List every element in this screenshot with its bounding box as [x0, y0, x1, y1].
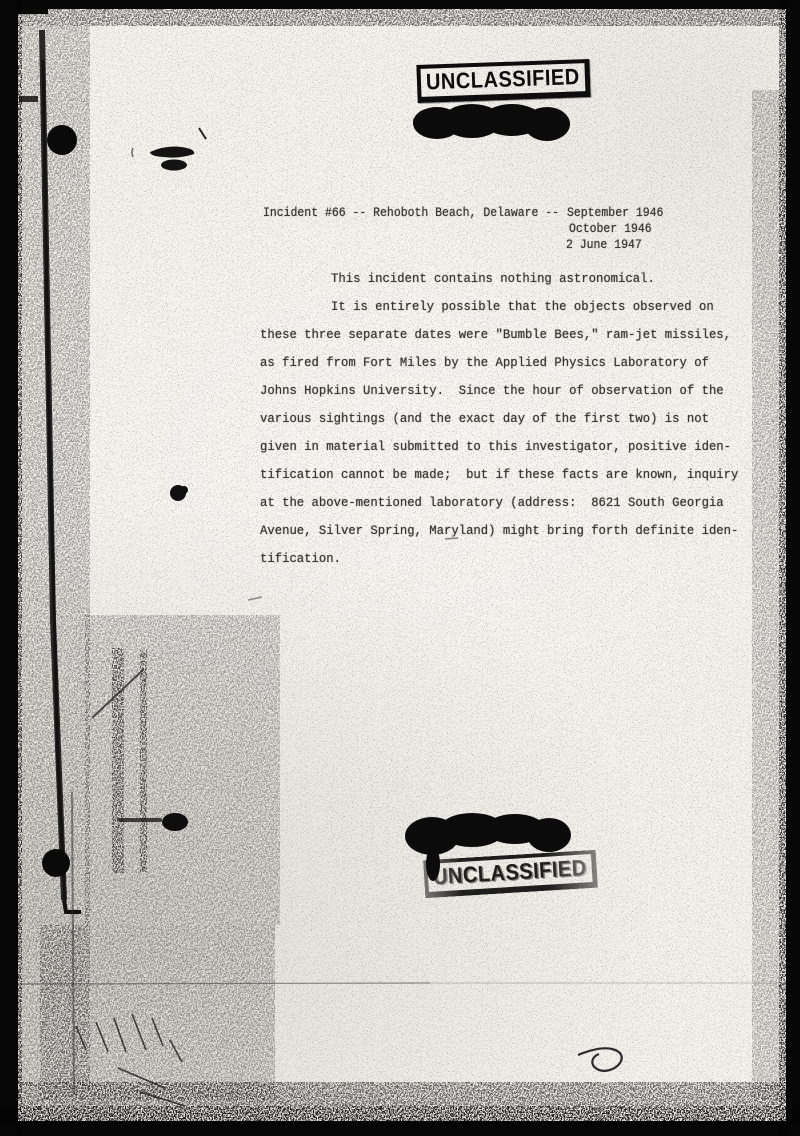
typed-line: as fired from Fort Miles by the Applied …	[260, 355, 709, 370]
typed-line: tification cannot be made; but if these …	[260, 467, 738, 482]
unclassified-stamp-top-label: UNCLASSIFIED	[426, 65, 581, 96]
incident-date: October 1946	[569, 221, 652, 236]
typed-line: given in material submitted to this inve…	[260, 439, 731, 454]
typed-line: at the above-mentioned laboratory (addre…	[260, 495, 724, 510]
incident-header-line: Incident #66 -- Rehoboth Beach, Delaware…	[263, 205, 559, 220]
typed-line: Avenue, Silver Spring, Maryland) might b…	[260, 523, 738, 538]
typed-line: It is entirely possible that the objects…	[331, 299, 714, 314]
incident-date: 2 June 1947	[566, 237, 642, 252]
typed-line: Johns Hopkins University. Since the hour…	[260, 383, 724, 398]
unclassified-stamp-top: UNCLASSIFIED	[416, 59, 590, 103]
incident-date: September 1946	[567, 205, 663, 220]
typed-line: these three separate dates were "Bumble …	[260, 327, 731, 342]
typed-line: various sightings (and the exact day of …	[260, 411, 709, 426]
typed-line: tification.	[260, 551, 341, 566]
scanned-document-page: Incident #66 -- Rehoboth Beach, Delaware…	[0, 0, 800, 1136]
unclassified-stamp-bottom-label: UNCLASSIFIED	[432, 856, 587, 891]
typed-line: This incident contains nothing astronomi…	[331, 271, 655, 286]
typed-text-block: Incident #66 -- Rehoboth Beach, Delaware…	[0, 0, 800, 1136]
